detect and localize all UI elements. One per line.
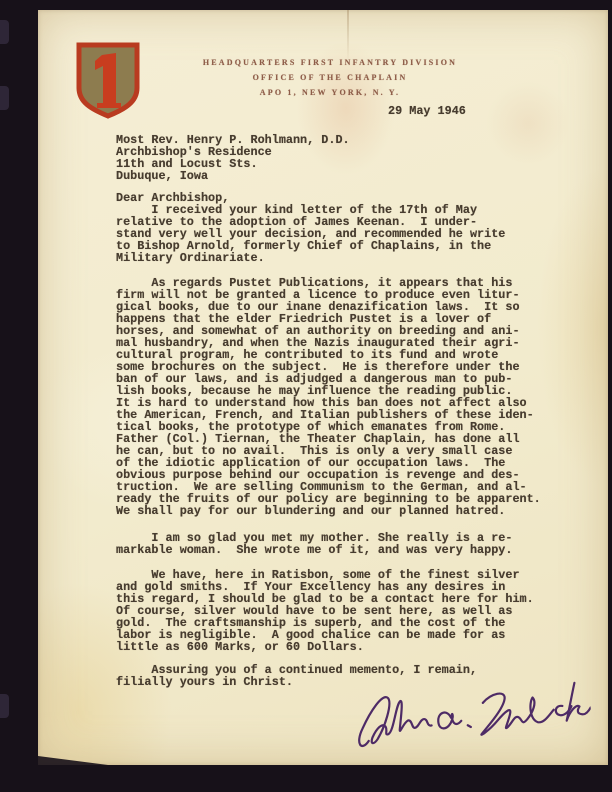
paragraph-2: As regards Pustet Publications, it appea… [116, 277, 541, 517]
recipient-address: Most Rev. Henry P. Rohlmann, D.D. Archbi… [116, 134, 350, 182]
signature-ink [356, 679, 593, 746]
shield-icon [75, 42, 141, 120]
film-sprocket-hole [0, 20, 9, 44]
letterhead-line-2: OFFICE OF THE CHAPLAIN [180, 70, 480, 85]
paragraph-4: We have, here in Ratisbon, some of the f… [116, 569, 534, 653]
letter-date: 29 May 1946 [388, 105, 466, 117]
film-sprocket-hole [0, 86, 9, 110]
film-sprocket-hole [0, 694, 9, 718]
paper-corner-shadow [38, 756, 108, 765]
scanned-letter-page: HEADQUARTERS FIRST INFANTRY DIVISION OFF… [0, 0, 612, 792]
letterhead: HEADQUARTERS FIRST INFANTRY DIVISION OFF… [180, 55, 480, 100]
first-infantry-division-shield-icon [75, 42, 141, 120]
paragraph-1: I received your kind letter of the 17th … [116, 204, 505, 264]
letterhead-line-3: APO 1, NEW YORK, N. Y. [180, 85, 480, 100]
letterhead-line-1: HEADQUARTERS FIRST INFANTRY DIVISION [180, 55, 480, 70]
letter-paper: HEADQUARTERS FIRST INFANTRY DIVISION OFF… [38, 10, 608, 765]
paragraph-3: I am so glad you met my mother. She real… [116, 532, 512, 556]
